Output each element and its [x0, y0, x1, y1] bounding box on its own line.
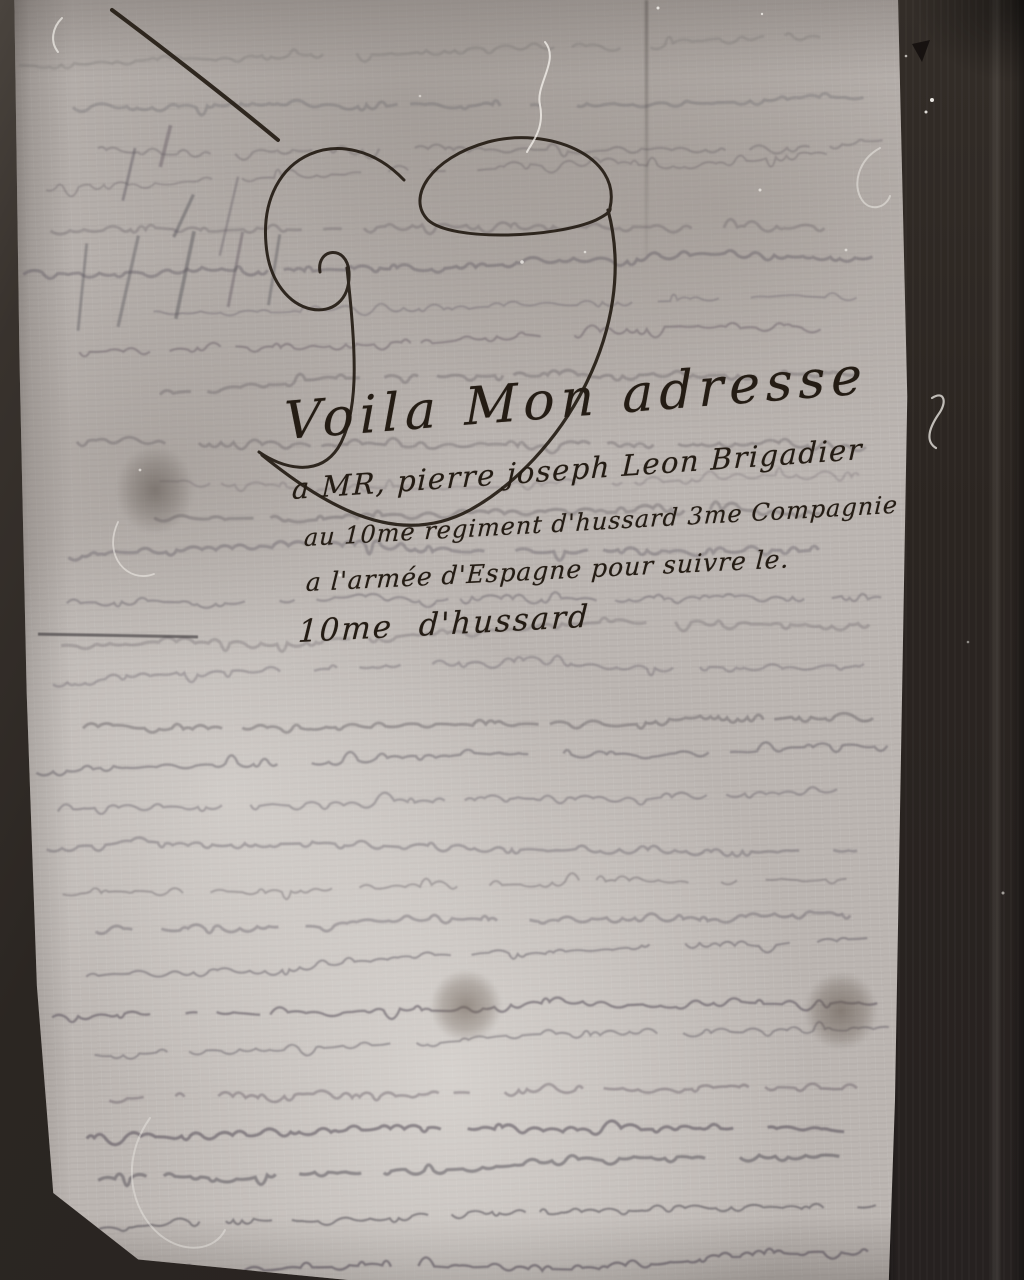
dust-specks	[139, 7, 1005, 895]
scratch-marks-layer	[0, 0, 1024, 1280]
white-thread-left	[113, 522, 154, 576]
white-squiggle-top	[527, 42, 550, 152]
white-outline-right-edge	[857, 148, 890, 207]
white-scratch-on-strip	[929, 395, 943, 448]
white-thread-bottom-left	[132, 1118, 225, 1248]
photo-frame: Voila Mon adresse a MR, pierre joseph Le…	[0, 0, 1024, 1280]
dark-notch-on-strip	[912, 40, 930, 62]
white-curl-top-left	[53, 18, 62, 52]
